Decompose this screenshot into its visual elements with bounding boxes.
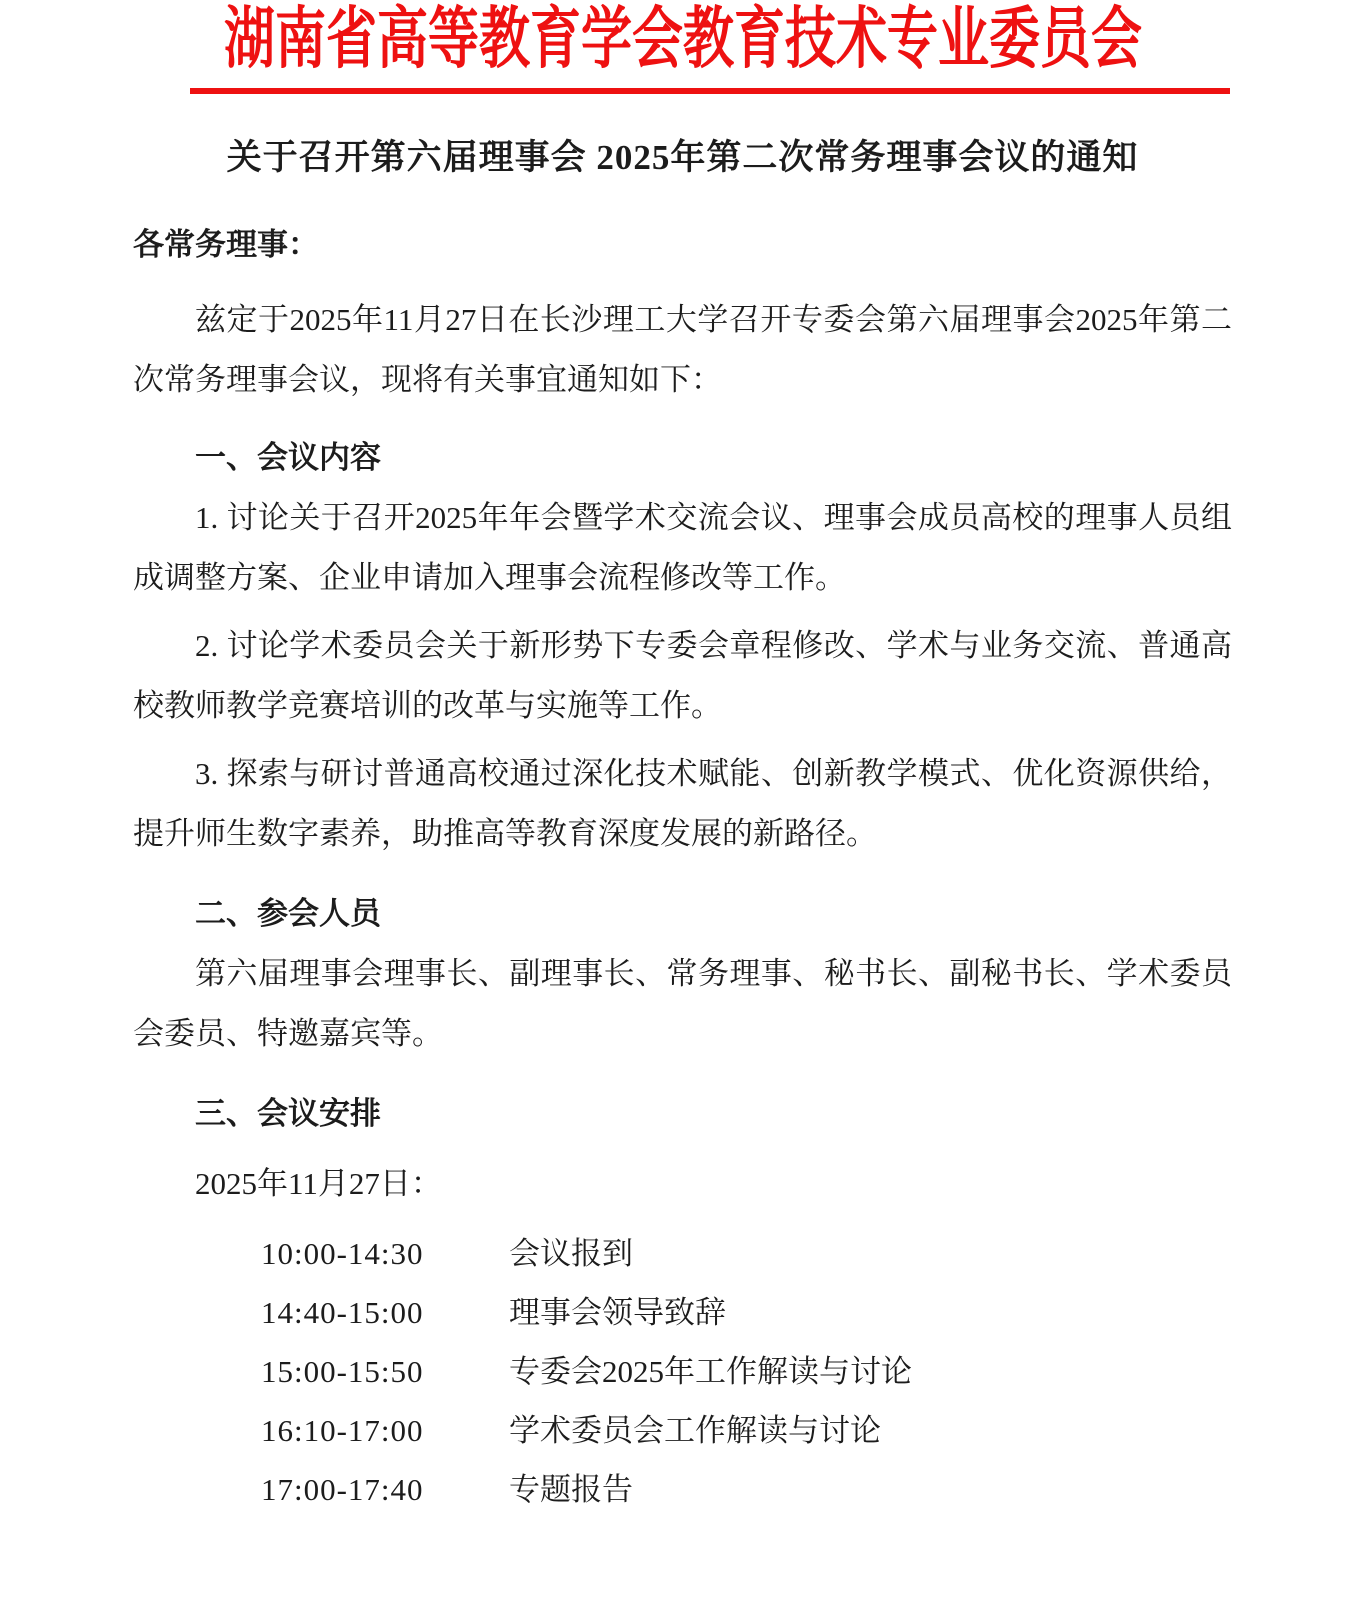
notice-document-page: 湖南省高等教育学会教育技术专业委员会 关于召开第六届理事会 2025年第二次常务… (0, 0, 1365, 1600)
schedule-time: 16:10-17:00 (261, 1401, 509, 1460)
document-title: 关于召开第六届理事会 2025年第二次常务理事会议的通知 (90, 136, 1275, 180)
participants-paragraph: 第六届理事会理事长、副理事长、常务理事、秘书长、副秘书长、学术委员会委员、特邀嘉… (133, 944, 1232, 1064)
meeting-content-item-3: 3. 探索与研讨普通高校通过深化技术赋能、创新教学模式、优化资源供给，提升师生数… (133, 744, 1232, 864)
schedule-time: 14:40-15:00 (261, 1283, 509, 1342)
schedule-activity: 理事会领导致辞 (509, 1283, 1232, 1342)
schedule-time: 15:00-15:50 (261, 1342, 509, 1401)
schedule-activity: 会议报到 (509, 1224, 1232, 1283)
schedule-time: 17:00-17:40 (261, 1460, 509, 1519)
schedule-row: 10:00-14:30 会议报到 (261, 1224, 1232, 1283)
intro-paragraph: 兹定于2025年11月27日在长沙理工大学召开专委会第六届理事会2025年第二次… (133, 290, 1232, 410)
schedule-activity: 学术委员会工作解读与讨论 (509, 1401, 1232, 1460)
salutation: 各常务理事： (133, 224, 1232, 266)
letterhead-title: 湖南省高等教育学会教育技术专业委员会 (224, 0, 1142, 83)
agenda-schedule-list: 10:00-14:30 会议报到 14:40-15:00 理事会领导致辞 15:… (261, 1224, 1232, 1519)
schedule-activity: 专题报告 (509, 1460, 1232, 1519)
schedule-row: 15:00-15:50 专委会2025年工作解读与讨论 (261, 1342, 1232, 1401)
section-heading-participants: 二、参会人员 (133, 884, 1232, 944)
meeting-content-item-2: 2. 讨论学术委员会关于新形势下专委会章程修改、学术与业务交流、普通高校教师教学… (133, 616, 1232, 736)
schedule-row: 17:00-17:40 专题报告 (261, 1460, 1232, 1519)
schedule-row: 16:10-17:00 学术委员会工作解读与讨论 (261, 1401, 1232, 1460)
schedule-activity: 专委会2025年工作解读与讨论 (509, 1342, 1232, 1401)
agenda-date-line: 2025年11月27日： (133, 1154, 1232, 1214)
schedule-row: 14:40-15:00 理事会领导致辞 (261, 1283, 1232, 1342)
section-heading-meeting-content: 一、会议内容 (133, 428, 1232, 488)
section-heading-agenda: 三、会议安排 (133, 1084, 1232, 1144)
document-body: 各常务理事： 兹定于2025年11月27日在长沙理工大学召开专委会第六届理事会2… (0, 224, 1365, 1519)
schedule-time: 10:00-14:30 (261, 1224, 509, 1283)
meeting-content-item-1: 1. 讨论关于召开2025年年会暨学术交流会议、理事会成员高校的理事人员组成调整… (133, 488, 1232, 608)
letterhead-title-row: 湖南省高等教育学会教育技术专业委员会 (0, 0, 1365, 86)
letterhead-header: 湖南省高等教育学会教育技术专业委员会 (0, 0, 1365, 94)
